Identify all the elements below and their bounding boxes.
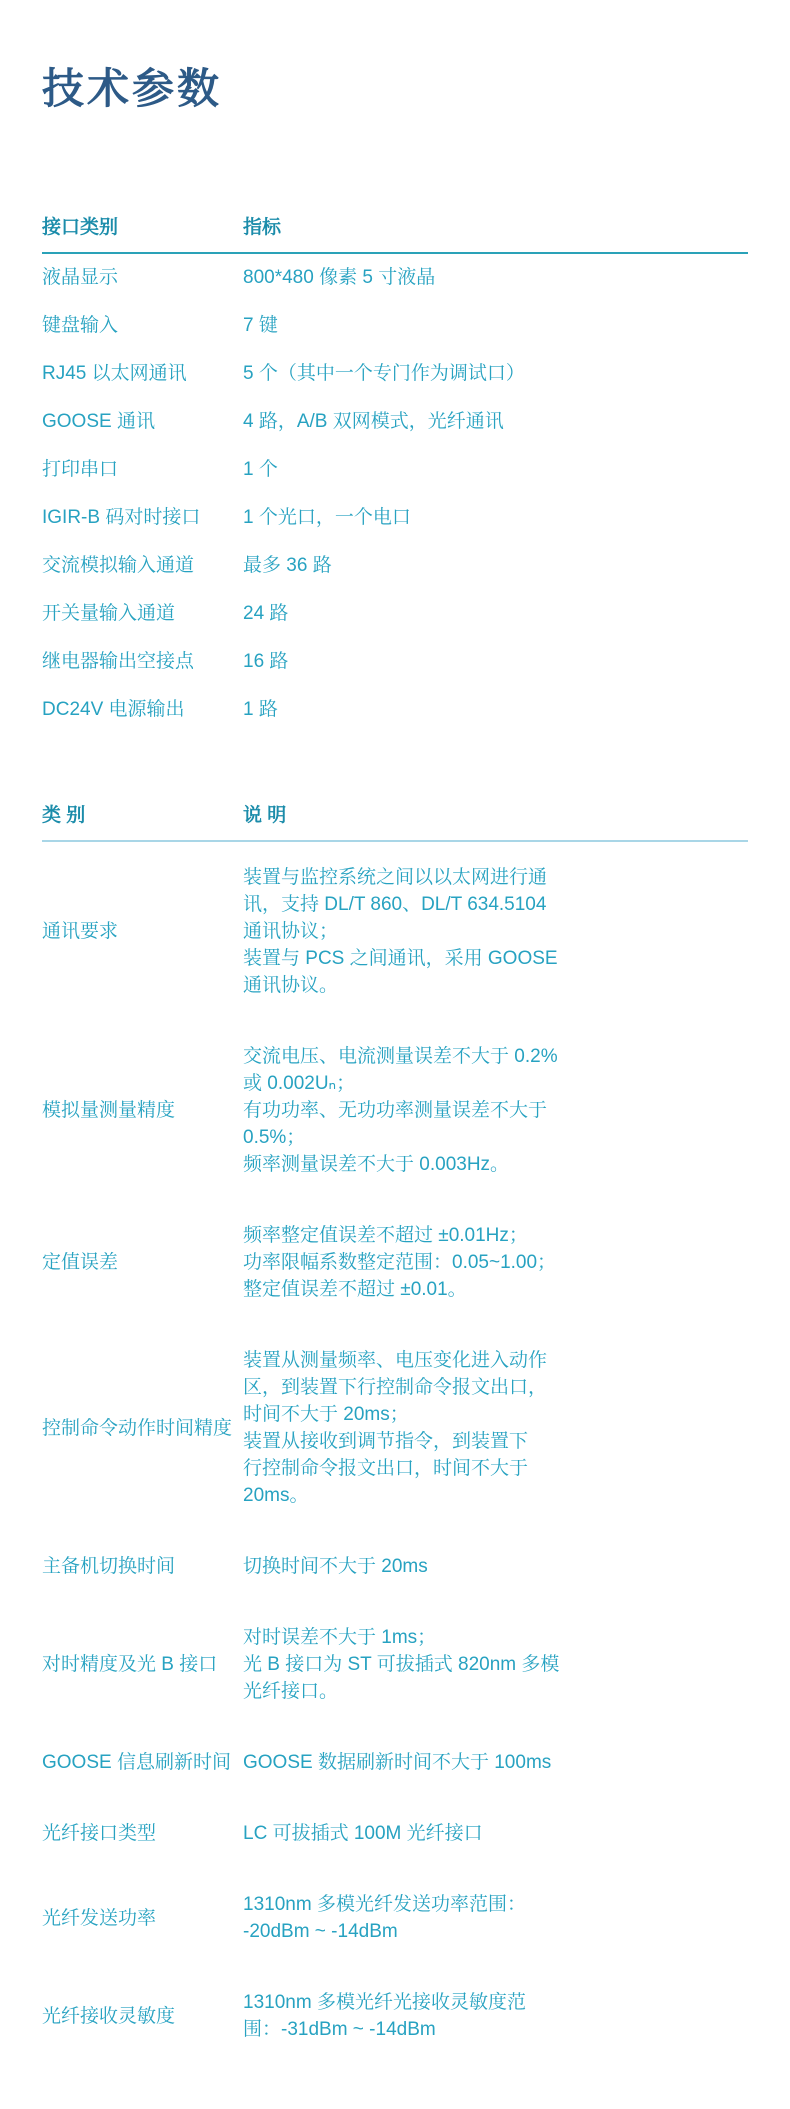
row-category: GOOSE 通讯 <box>42 410 243 434</box>
row-value: 1 个光口，一个电口 <box>243 506 748 530</box>
table-row: GOOSE 信息刷新时间 GOOSE 数据刷新时间不大于 100ms <box>42 1727 748 1798</box>
table-row: 键盘输入 7 键 <box>42 302 748 350</box>
spec-table-header: 类 别 说 明 <box>42 800 748 842</box>
table-row: 通讯要求 装置与监控系统之间以以太网进行通 讯，支持 DL/T 860、DL/T… <box>42 842 748 1021</box>
column-header-indicator: 指标 <box>243 212 748 239</box>
table-row: RJ45 以太网通讯 5 个（其中一个专门作为调试口） <box>42 350 748 398</box>
table-row: 开关量输入通道 24 路 <box>42 590 748 638</box>
row-category: 打印串口 <box>42 458 243 482</box>
row-category: 液晶显示 <box>42 266 243 290</box>
row-category: RJ45 以太网通讯 <box>42 362 243 386</box>
table-row: 打印串口 1 个 <box>42 446 748 494</box>
table-row: GOOSE 通讯 4 路，A/B 双网模式，光纤通讯 <box>42 398 748 446</box>
table-row: 控制命令动作时间精度 装置从测量频率、电压变化进入动作 区，到装置下行控制命令报… <box>42 1325 748 1531</box>
row-category: 定值误差 <box>42 1249 243 1276</box>
row-value: 24 路 <box>243 602 748 626</box>
table-row: 定值误差 频率整定值误差不超过 ±0.01Hz； 功率限幅系数整定范围：0.05… <box>42 1200 748 1325</box>
row-category: 控制命令动作时间精度 <box>42 1415 243 1442</box>
row-category: 光纤接收灵敏度 <box>42 2003 243 2030</box>
row-value: 5 个（其中一个专门作为调试口） <box>243 362 748 386</box>
row-value: 4 路，A/B 双网模式，光纤通讯 <box>243 410 748 434</box>
table-row: 主备机切换时间 切换时间不大于 20ms <box>42 1531 748 1602</box>
row-value: 交流电压、电流测量误差不大于 0.2% 或 0.002Uₙ； 有功功率、无功功率… <box>243 1043 748 1178</box>
table-row: 继电器输出空接点 16 路 <box>42 638 748 686</box>
row-category: 键盘输入 <box>42 314 243 338</box>
row-category: 模拟量测量精度 <box>42 1097 243 1124</box>
row-value: 1310nm 多模光纤发送功率范围： -20dBm ~ -14dBm <box>243 1891 748 1945</box>
row-value: 800*480 像素 5 寸液晶 <box>243 266 748 290</box>
table-row: 光纤接口类型 LC 可拔插式 100M 光纤接口 <box>42 1798 748 1869</box>
spec-table: 类 别 说 明 通讯要求 装置与监控系统之间以以太网进行通 讯，支持 DL/T … <box>42 800 748 2065</box>
row-value: 频率整定值误差不超过 ±0.01Hz； 功率限幅系数整定范围：0.05~1.00… <box>243 1222 748 1303</box>
row-value: 对时误差不大于 1ms； 光 B 接口为 ST 可拔插式 820nm 多模 光纤… <box>243 1624 748 1705</box>
row-category: 继电器输出空接点 <box>42 650 243 674</box>
page-title: 技术参数 <box>42 56 748 116</box>
spec-page: 技术参数 接口类别 指标 液晶显示 800*480 像素 5 寸液晶 键盘输入 … <box>0 0 790 2065</box>
row-category: 对时精度及光 B 接口 <box>42 1651 243 1678</box>
row-category: 光纤发送功率 <box>42 1905 243 1932</box>
table-row: 交流模拟输入通道 最多 36 路 <box>42 542 748 590</box>
row-value: 装置从测量频率、电压变化进入动作 区，到装置下行控制命令报文出口， 时间不大于 … <box>243 1347 748 1509</box>
table-row: 光纤接收灵敏度 1310nm 多模光纤光接收灵敏度范 围：-31dBm ~ -1… <box>42 1967 748 2065</box>
row-category: 主备机切换时间 <box>42 1553 243 1580</box>
column-header-category: 类 别 <box>42 800 243 827</box>
row-category: 交流模拟输入通道 <box>42 554 243 578</box>
table-row: 液晶显示 800*480 像素 5 寸液晶 <box>42 254 748 302</box>
row-value: 1 个 <box>243 458 748 482</box>
table-row: 对时精度及光 B 接口 对时误差不大于 1ms； 光 B 接口为 ST 可拔插式… <box>42 1602 748 1727</box>
column-header-interface-category: 接口类别 <box>42 212 243 239</box>
row-value: GOOSE 数据刷新时间不大于 100ms <box>243 1749 748 1776</box>
row-category: DC24V 电源输出 <box>42 698 243 722</box>
row-value: 切换时间不大于 20ms <box>243 1553 748 1580</box>
interface-table: 接口类别 指标 液晶显示 800*480 像素 5 寸液晶 键盘输入 7 键 R… <box>42 212 748 734</box>
table-row: 模拟量测量精度 交流电压、电流测量误差不大于 0.2% 或 0.002Uₙ； 有… <box>42 1021 748 1200</box>
row-value: 最多 36 路 <box>243 554 748 578</box>
row-value: 装置与监控系统之间以以太网进行通 讯，支持 DL/T 860、DL/T 634.… <box>243 864 748 999</box>
column-header-description: 说 明 <box>243 800 748 827</box>
row-value: 16 路 <box>243 650 748 674</box>
interface-table-header: 接口类别 指标 <box>42 212 748 254</box>
row-value: 1310nm 多模光纤光接收灵敏度范 围：-31dBm ~ -14dBm <box>243 1989 748 2043</box>
row-category: 通讯要求 <box>42 918 243 945</box>
row-category: GOOSE 信息刷新时间 <box>42 1749 243 1776</box>
row-value: 1 路 <box>243 698 748 722</box>
row-category: IGIR-B 码对时接口 <box>42 506 243 530</box>
table-row: IGIR-B 码对时接口 1 个光口，一个电口 <box>42 494 748 542</box>
table-row: 光纤发送功率 1310nm 多模光纤发送功率范围： -20dBm ~ -14dB… <box>42 1869 748 1967</box>
table-row: DC24V 电源输出 1 路 <box>42 686 748 734</box>
row-category: 开关量输入通道 <box>42 602 243 626</box>
row-value: 7 键 <box>243 314 748 338</box>
row-category: 光纤接口类型 <box>42 1820 243 1847</box>
row-value: LC 可拔插式 100M 光纤接口 <box>243 1820 748 1847</box>
